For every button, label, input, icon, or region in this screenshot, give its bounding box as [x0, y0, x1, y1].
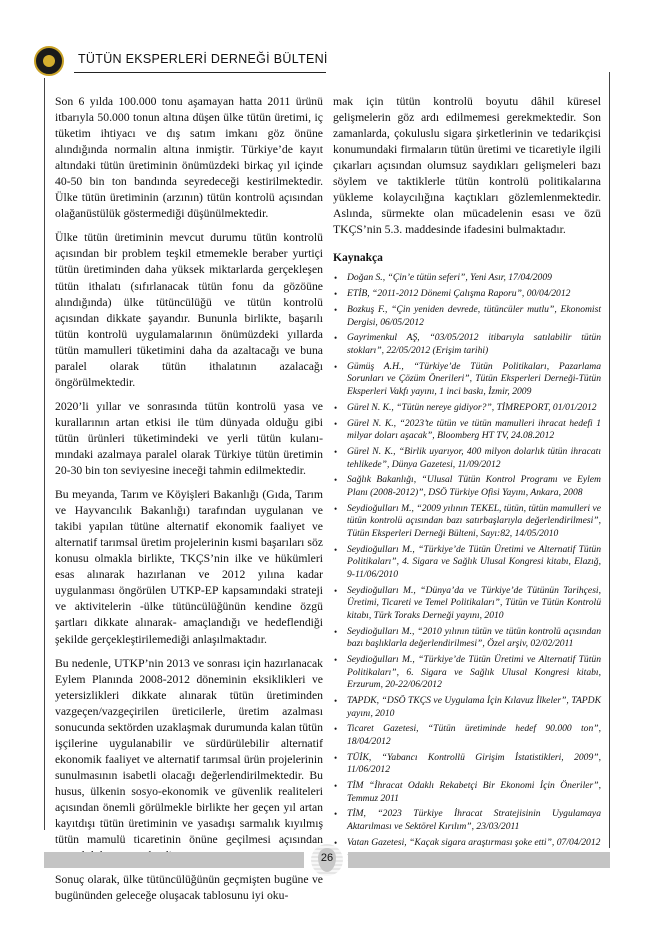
paragraph: Bu meyanda, Tarım ve Köyişleri Bakanlığı…: [55, 487, 323, 647]
page-number-badge: 26: [311, 844, 343, 876]
reference-item: Seydioğulları M., “2010 yılının tütün ve…: [333, 626, 601, 651]
reference-item: Gürel N. K., “Birlik uyarıyor, 400 milyo…: [333, 446, 601, 471]
reference-item: Seydioğulları M., “Türkiye’de Tütün Üret…: [333, 544, 601, 582]
reference-item: Sağlık Bakanlığı, “Ulusal Tütün Kontrol …: [333, 474, 601, 499]
bulletin-title: TÜTÜN EKSPERLERİ DERNEĞİ BÜLTENİ: [78, 52, 328, 66]
reference-item: TİM “İhracat Odaklı Rekabetçi Bir Ekonom…: [333, 780, 601, 805]
left-text-column: Son 6 yılda 100.000 tonu aşamayan hatta …: [55, 94, 323, 912]
reference-item: Ticaret Gazetesi, “Tütün üretiminde hede…: [333, 723, 601, 748]
header-underline: [74, 72, 326, 73]
paragraph: Ülke tütün üretiminin mevcut durumu tütü…: [55, 230, 323, 390]
reference-item: Vatan Gazetesi, “Kaçak sigara araştırmas…: [333, 837, 601, 850]
paragraph: Bu nedenle, UTKP’nin 2013 ve sonrası içi…: [55, 656, 323, 865]
reference-item: Gürel N. K., “Tütün nereye gidiyor?”, Tİ…: [333, 402, 601, 415]
reference-item: Seydioğulları M., “Dünya’da ve Türkiye’d…: [333, 585, 601, 623]
reference-item: TÜİK, “Yabancı Kontrollü Girişim İstatis…: [333, 752, 601, 777]
reference-item: ETİB, “2011-2012 Dönemi Çalışma Raporu”,…: [333, 288, 601, 301]
bulletin-header: TÜTÜN EKSPERLERİ DERNEĞİ BÜLTENİ: [34, 44, 304, 78]
paragraph: 2020’li yıllar ve sonrasında tütün kontr…: [55, 399, 323, 479]
association-logo-icon: [34, 46, 64, 76]
paragraph: Son 6 yılda 100.000 tonu aşamayan hatta …: [55, 94, 323, 222]
reference-item: TİM, “2023 Türkiye İhracat Stratejisinin…: [333, 808, 601, 833]
reference-item: Seydioğulları M., “2009 yılının TEKEL, t…: [333, 503, 601, 541]
paragraph: Sonuç olarak, ülke tütüncülüğünün geçmiş…: [55, 872, 323, 904]
reference-item: Gürel N. K., “2023’te tütün ve tütün mam…: [333, 418, 601, 443]
reference-item: Bozkuş F., “Çin yeniden devrede, tütüncü…: [333, 304, 601, 329]
logo-emblem: [43, 55, 55, 67]
reference-item: TAPDK, “DSÖ TKÇS ve Uygulama İçin Kılavu…: [333, 695, 601, 720]
footer-bar-right: [348, 852, 610, 868]
left-margin-rule: [44, 78, 45, 830]
page-number: 26: [311, 852, 343, 864]
reference-item: Doğan S., “Çin’e tütün seferi”, Yeni Ası…: [333, 272, 601, 285]
paragraph: mak için tütün kontrolü boyutu dâhil kür…: [333, 94, 601, 238]
reference-item: Gayrimenkul AŞ, “03/05/2012 itibarıyla s…: [333, 332, 601, 357]
right-margin-rule: [609, 72, 610, 848]
right-text-column: mak için tütün kontrolü boyutu dâhil kür…: [333, 94, 601, 868]
reference-item: Seydioğulları M., “Türkiye’de Tütün Üret…: [333, 654, 601, 692]
references-heading: Kaynakça: [333, 250, 601, 266]
references-list: Doğan S., “Çin’e tütün seferi”, Yeni Ası…: [333, 272, 601, 865]
reference-item: Gümüş A.H., “Türkiye’de Tütün Politikala…: [333, 361, 601, 399]
footer-bar-left: [44, 852, 304, 868]
